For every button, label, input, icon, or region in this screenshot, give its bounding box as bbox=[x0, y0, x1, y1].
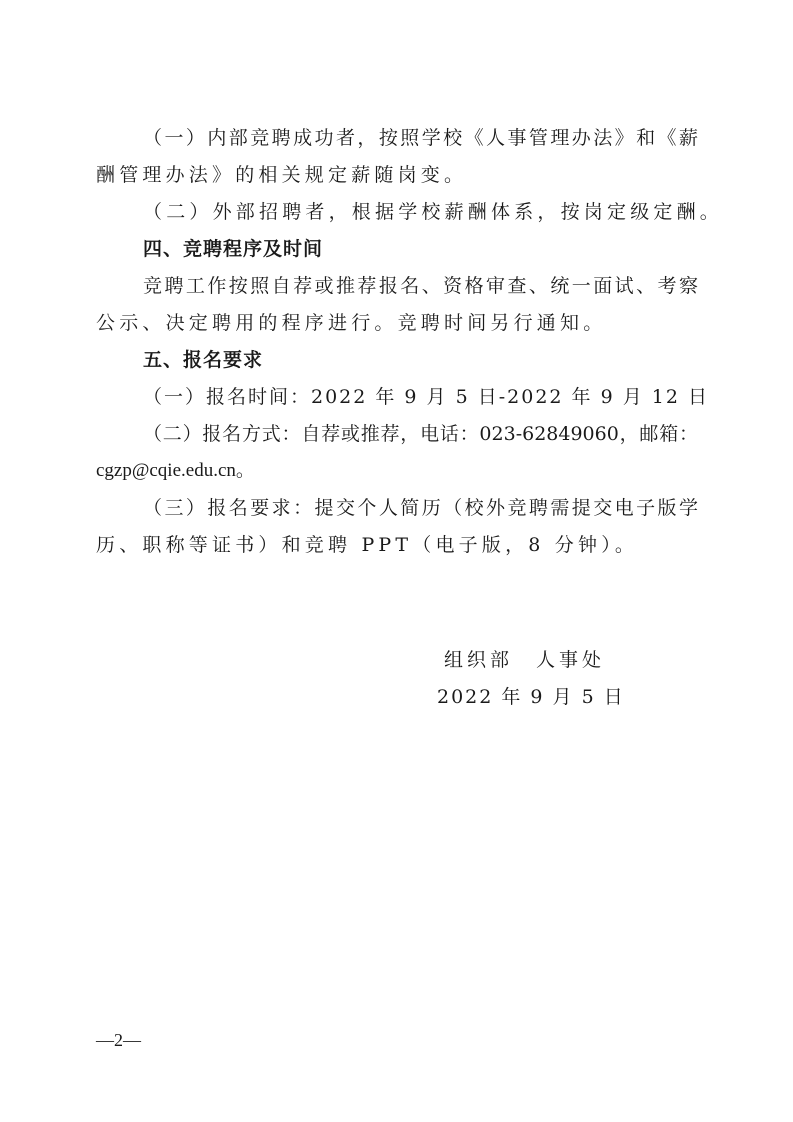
paragraph-internal-line2: 酬管理办法》的相关规定薪随岗变。 bbox=[96, 163, 698, 187]
section-5-heading: 五、报名要求 bbox=[143, 348, 698, 372]
section-4-body-line2: 公示、决定聘用的程序进行。竞聘时间另行通知。 bbox=[96, 311, 698, 335]
page-number: —2— bbox=[96, 1030, 141, 1051]
registration-email: cgzp@cqie.edu.cn。 bbox=[96, 459, 698, 483]
signature-departments: 组织部 人事处 bbox=[444, 648, 605, 672]
registration-requirements-line2: 历、职称等证书）和竞聘 PPT（电子版，8 分钟）。 bbox=[96, 533, 698, 557]
paragraph-internal-line1: （一）内部竞聘成功者，按照学校《人事管理办法》和《薪 bbox=[143, 126, 698, 150]
signature-date: 2022 年 9 月 5 日 bbox=[437, 685, 625, 709]
document-page: （一）内部竞聘成功者，按照学校《人事管理办法》和《薪 酬管理办法》的相关规定薪随… bbox=[0, 0, 793, 1122]
section-4-heading: 四、竞聘程序及时间 bbox=[143, 237, 698, 261]
registration-time: （一）报名时间：2022 年 9 月 5 日-2022 年 9 月 12 日 bbox=[143, 385, 698, 409]
registration-method-line1: （二）报名方式：自荐或推荐，电话：023-62849060，邮箱： bbox=[143, 422, 698, 446]
section-4-body-line1: 竞聘工作按照自荐或推荐报名、资格审查、统一面试、考察 bbox=[143, 274, 698, 298]
paragraph-external: （二）外部招聘者，根据学校薪酬体系，按岗定级定酬。 bbox=[143, 200, 698, 224]
registration-requirements-line1: （三）报名要求：提交个人简历（校外竞聘需提交电子版学 bbox=[143, 496, 698, 520]
